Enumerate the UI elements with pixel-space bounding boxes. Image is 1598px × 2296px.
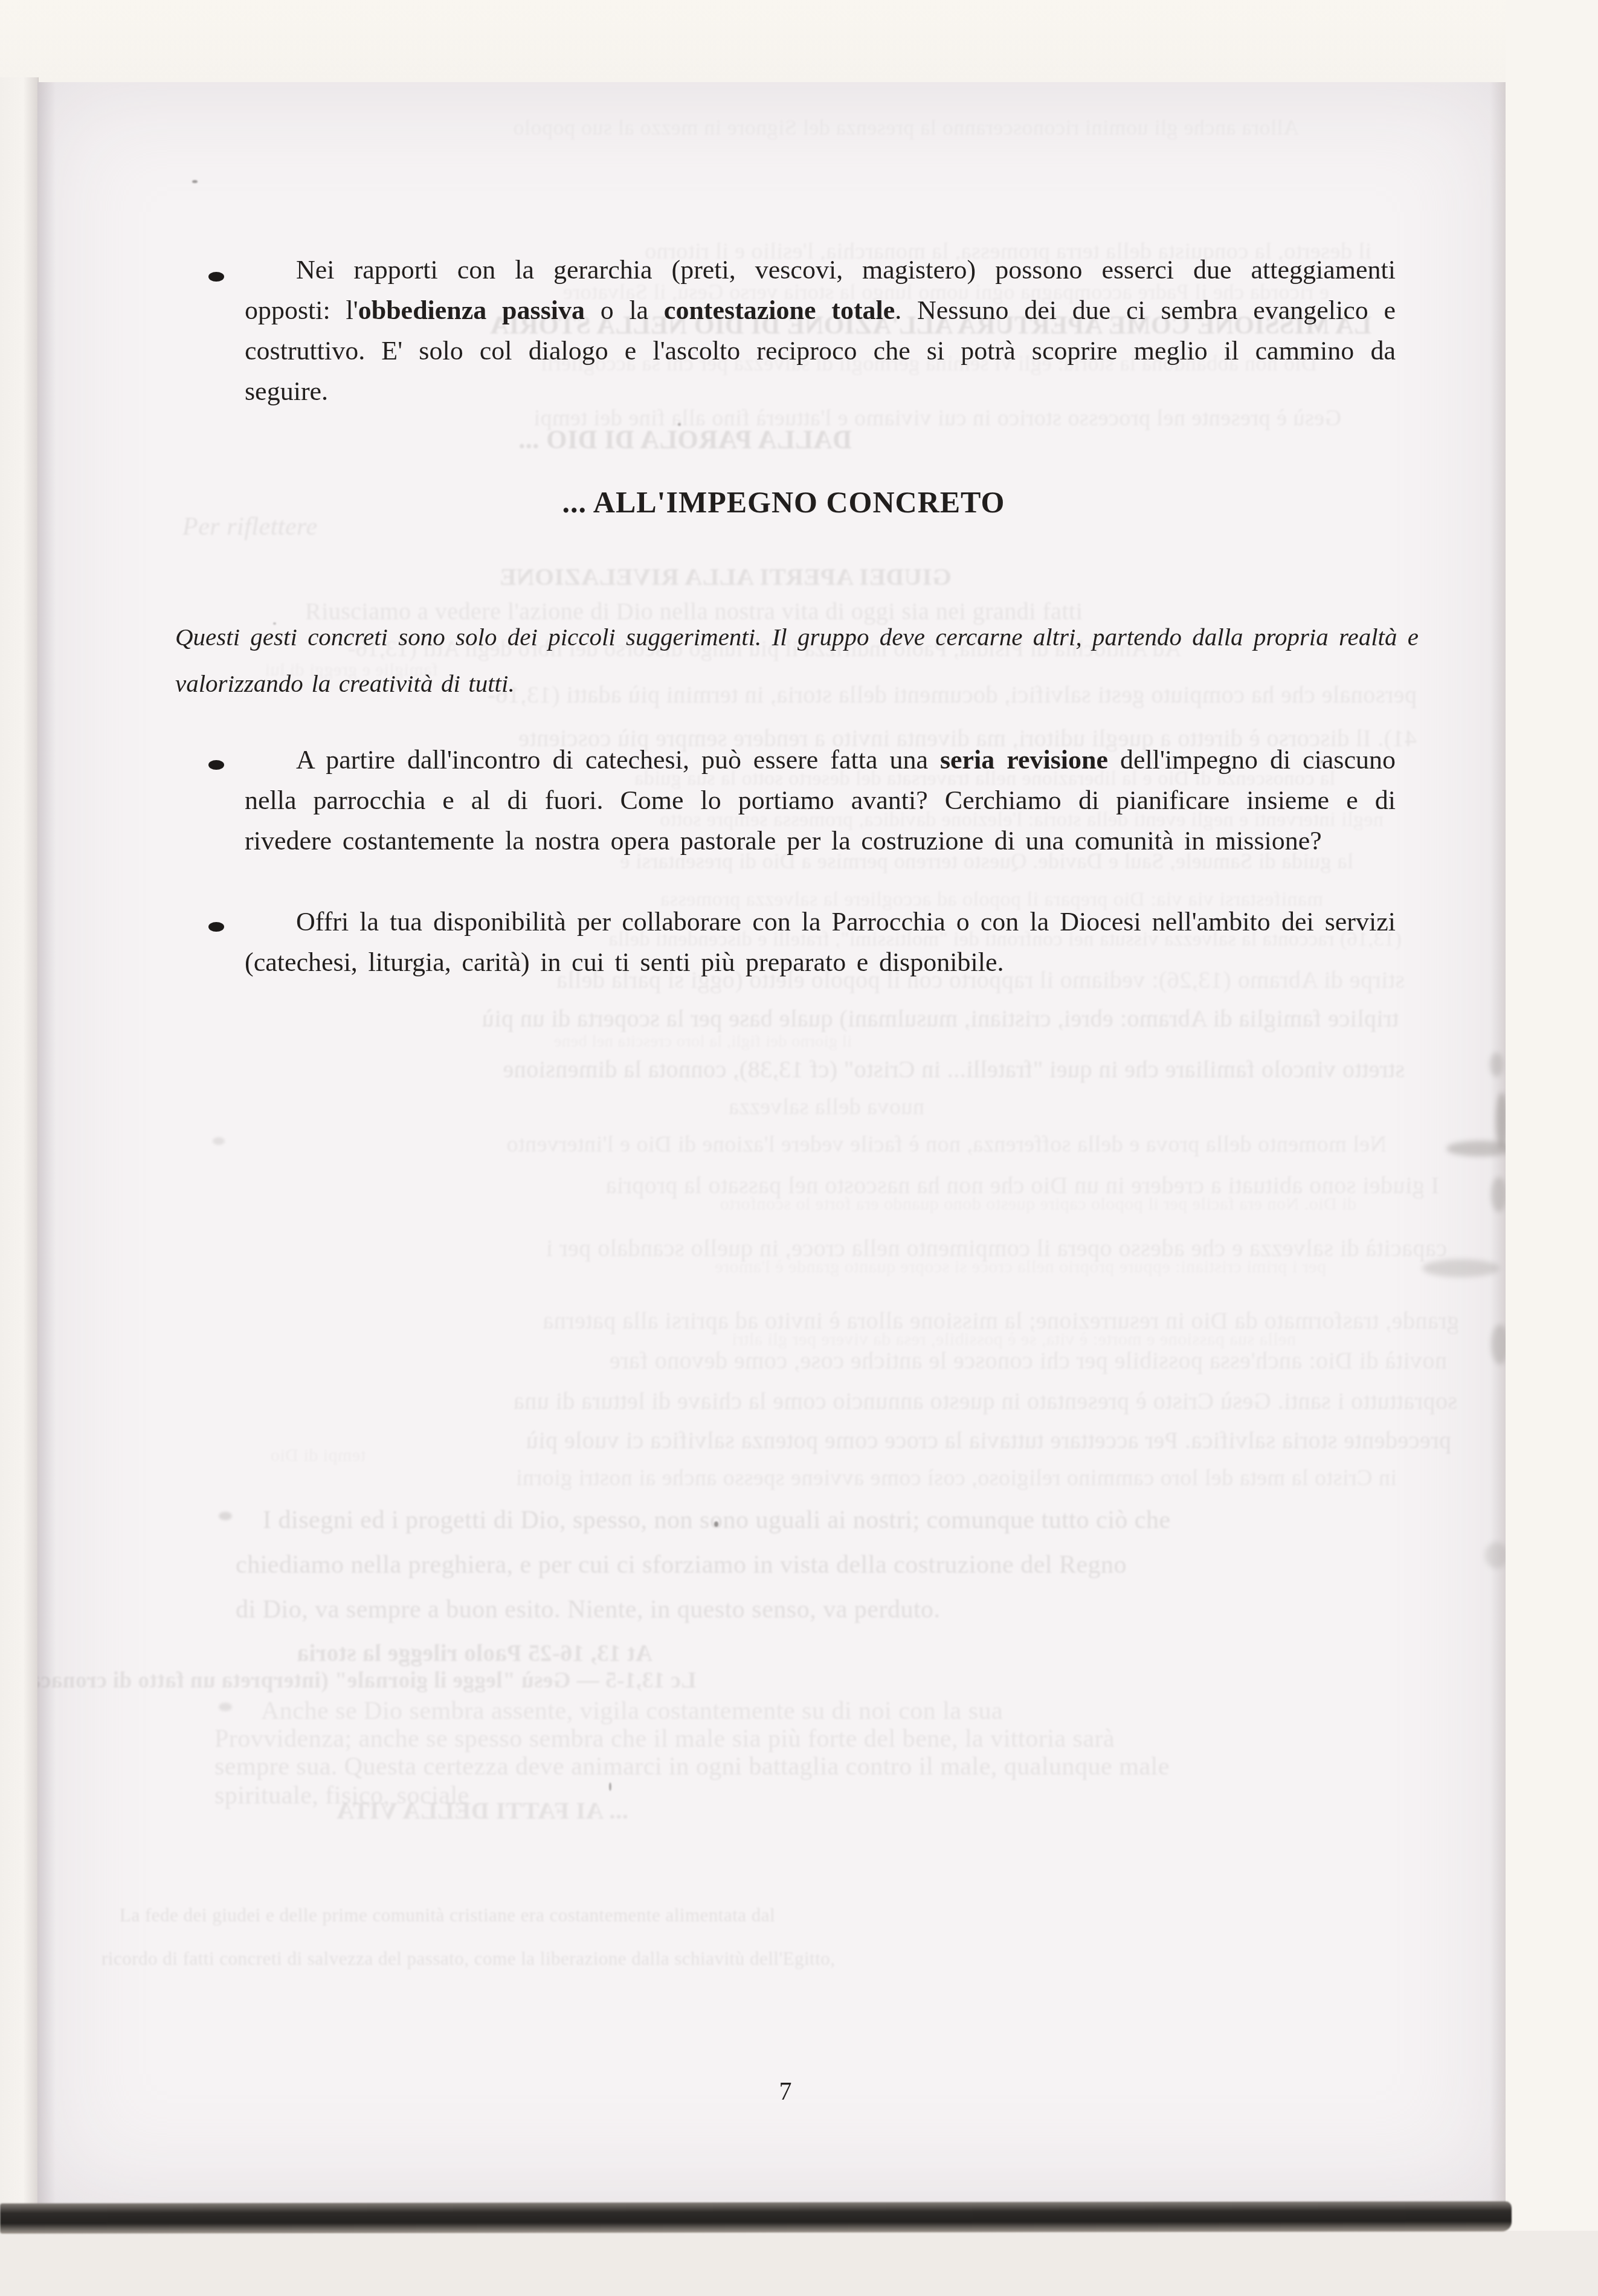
page-number: 7 — [743, 2077, 828, 2106]
note-italic: Questi gesti concreti sono solo dei picc… — [175, 614, 1419, 707]
bullet-item-availability: Offri la tua disponibilità per collabora… — [245, 901, 1396, 982]
scanned-document: Allora anche gli uomini riconosceranno l… — [0, 0, 1598, 2296]
bullet-item-revision: A partire dall'incontro di catechesi, pu… — [245, 740, 1396, 861]
bullet-dot — [208, 922, 224, 932]
bullet-dot — [208, 272, 224, 282]
bullet-dot — [208, 760, 224, 770]
section-heading: ... ALL'IMPEGNO CONCRETO — [195, 483, 1373, 521]
page-content: Nei rapporti con la gerarchia (preti, ve… — [0, 0, 1598, 2296]
paragraph-hierarchy: Nei rapporti con la gerarchia (preti, ve… — [245, 250, 1396, 411]
